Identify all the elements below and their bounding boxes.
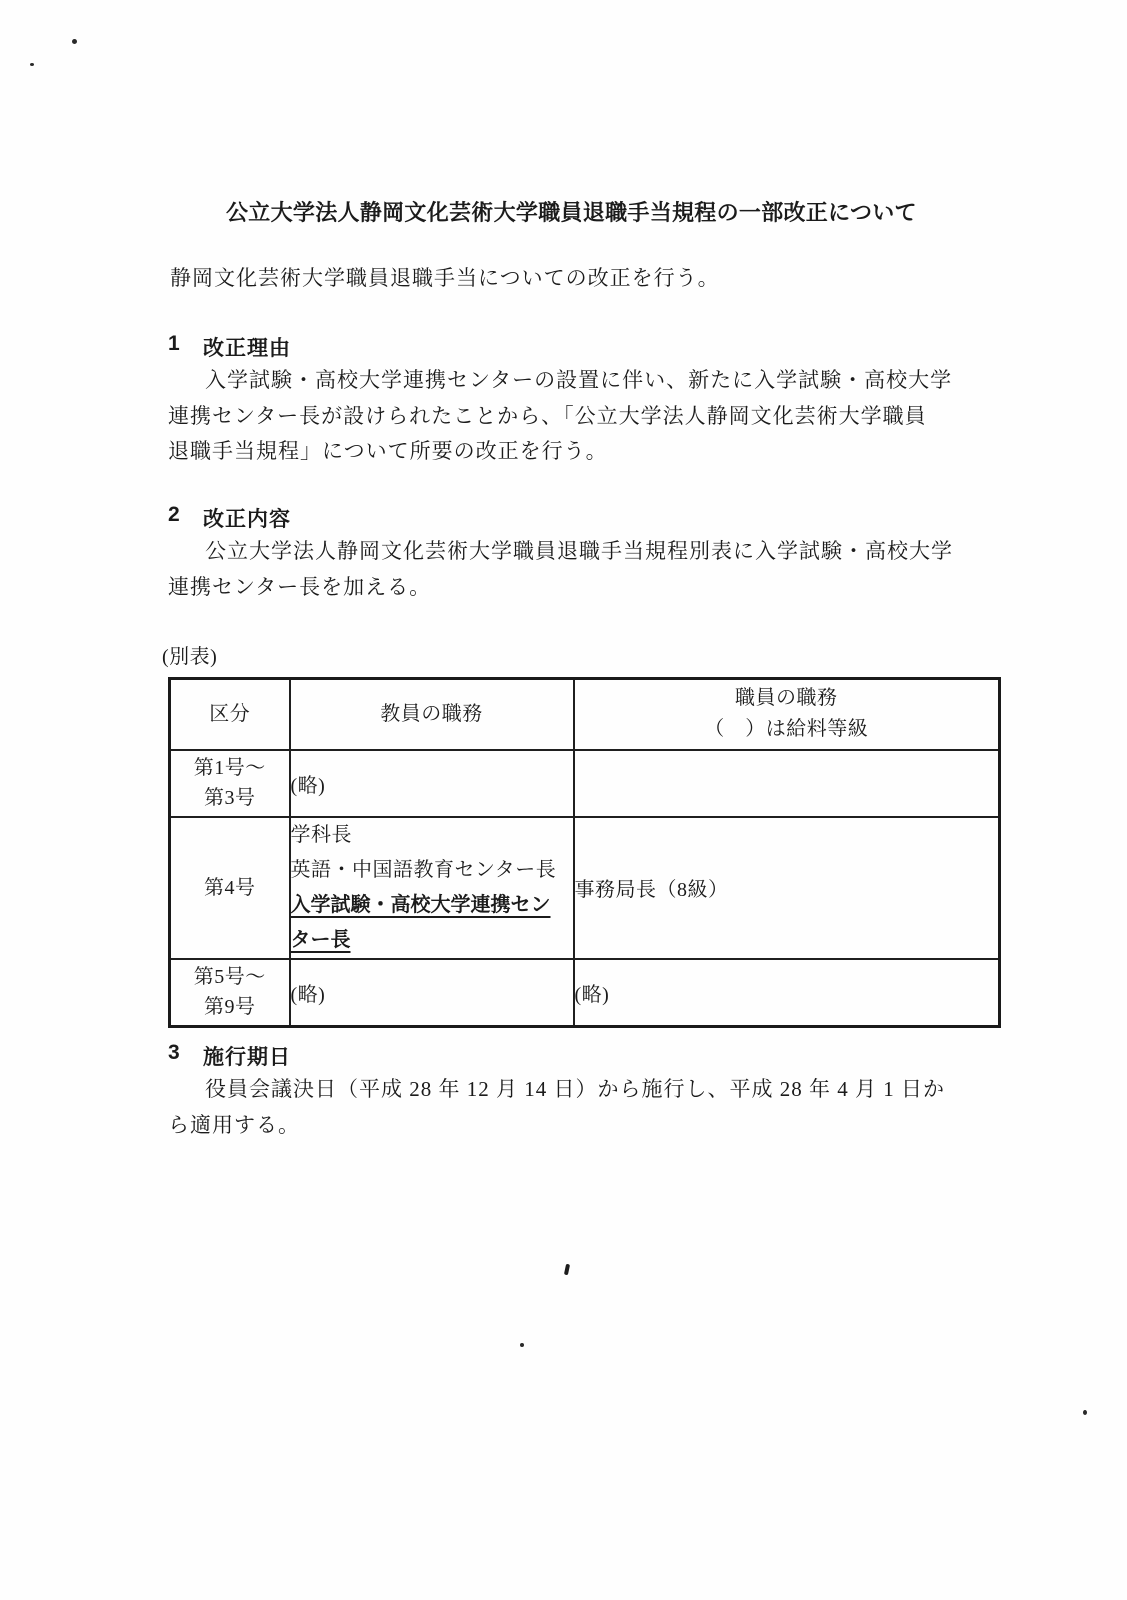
header-staff-label-line2: （ ）は給料等級 [575, 714, 999, 745]
category-cell: 第4号 [170, 817, 290, 959]
staff-cell: (略) [574, 959, 1000, 1027]
section-3-body: 役員会議決日（平成 28 年 12 月 14 日）から施行し、平成 28 年 4… [168, 1072, 945, 1143]
section-1-number: 1 [168, 332, 182, 356]
scan-speck [72, 39, 77, 44]
header-cell-category: 区分 [170, 679, 290, 750]
teacher-cell: (略) [290, 750, 574, 817]
scanned-document-page: 公立大学法人静岡文化芸術大学職員退職手当規程の一部改正について 静岡文化芸術大学… [0, 0, 1127, 1600]
staff-line: (略) [575, 984, 610, 1006]
scan-speck [1083, 1410, 1087, 1415]
section-1-heading: 1 改正理由 [168, 332, 291, 362]
category-line: 第3号 [171, 783, 289, 813]
header-cell-teacher: 教員の職務 [290, 679, 574, 750]
teacher-line: (略) [291, 775, 326, 797]
paragraph-line: 連携センター長を加える。 [168, 570, 953, 606]
category-line: 第5号～ [171, 962, 289, 992]
staff-cell-empty [574, 750, 1000, 817]
header-category-label: 区分 [171, 699, 289, 729]
scan-speck [30, 63, 34, 66]
table-header-row: 区分 教員の職務 職員の職務 （ ）は給料等級 [170, 679, 1000, 750]
category-cell: 第5号～ 第9号 [170, 959, 290, 1027]
category-cell: 第1号～ 第3号 [170, 750, 290, 817]
section-3-number: 3 [168, 1041, 182, 1065]
category-line: 第1号～ [171, 753, 289, 783]
section-3-title: 施行期日 [203, 1041, 291, 1071]
teacher-line-added-underlined: 入学試験・高校大学連携セン [291, 888, 573, 923]
paragraph-line: 役員会議決日（平成 28 年 12 月 14 日）から施行し、平成 28 年 4… [168, 1072, 945, 1108]
paragraph-line: 入学試験・高校大学連携センターの設置に伴い、新たに入学試験・高校大学 [168, 363, 952, 399]
scan-speck [564, 1264, 570, 1276]
section-1-body: 入学試験・高校大学連携センターの設置に伴い、新たに入学試験・高校大学 連携センタ… [168, 363, 952, 470]
table-row: 第4号 学科長 英語・中国語教育センター長 入学試験・高校大学連携セン ター長 … [170, 817, 1000, 959]
section-2-title: 改正内容 [203, 503, 291, 533]
teacher-cell: (略) [290, 959, 574, 1027]
section-1-title: 改正理由 [203, 332, 291, 362]
paragraph-line: 退職手当規程」について所要の改正を行う。 [168, 434, 952, 470]
teacher-cell: 学科長 英語・中国語教育センター長 入学試験・高校大学連携セン ター長 [290, 817, 574, 959]
teacher-line: 英語・中国語教育センター長 [291, 853, 573, 888]
section-2-number: 2 [168, 503, 182, 527]
category-line: 第9号 [171, 992, 289, 1022]
staff-cell: 事務局長（8級） [574, 817, 1000, 959]
appendix-label: (別表) [162, 640, 217, 669]
paragraph-line: 公立大学法人静岡文化芸術大学職員退職手当規程別表に入学試験・高校大学 [168, 534, 953, 570]
teacher-line: (略) [291, 984, 326, 1006]
paragraph-line: ら適用する。 [168, 1108, 945, 1144]
section-2-heading: 2 改正内容 [168, 503, 291, 533]
category-line: 第4号 [171, 873, 289, 903]
staff-line: 事務局長（8級） [575, 879, 729, 901]
intro-text: 静岡文化芸術大学職員退職手当についての改正を行う。 [170, 262, 720, 292]
paragraph-line: 連携センター長が設けられたことから、「公立大学法人静岡文化芸術大学職員 [168, 399, 952, 435]
appendix-table: 区分 教員の職務 職員の職務 （ ）は給料等級 第1号～ 第3号 (略) 第4号 [168, 677, 1001, 1028]
header-teacher-label: 教員の職務 [291, 699, 573, 729]
section-3-heading: 3 施行期日 [168, 1041, 291, 1071]
section-2-body: 公立大学法人静岡文化芸術大学職員退職手当規程別表に入学試験・高校大学 連携センタ… [168, 534, 953, 605]
table-row: 第5号～ 第9号 (略) (略) [170, 959, 1000, 1027]
header-cell-staff: 職員の職務 （ ）は給料等級 [574, 679, 1000, 750]
table-row: 第1号～ 第3号 (略) [170, 750, 1000, 817]
teacher-line-added-underlined: ター長 [291, 923, 573, 958]
teacher-line: 学科長 [291, 818, 573, 853]
document-title: 公立大学法人静岡文化芸術大学職員退職手当規程の一部改正について [226, 196, 917, 227]
scan-speck [520, 1343, 524, 1347]
header-staff-label-line1: 職員の職務 [575, 683, 999, 714]
